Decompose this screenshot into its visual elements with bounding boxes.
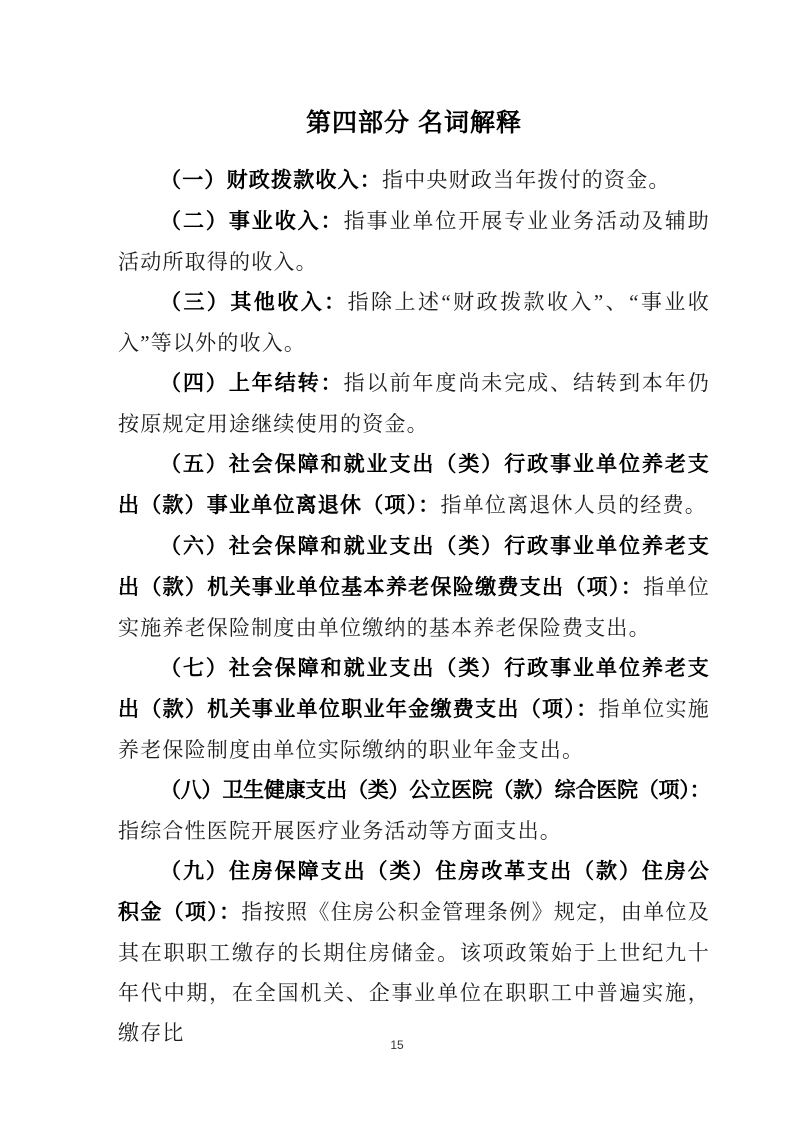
term-definition: 指中央财政当年拨付的资金。	[382, 168, 671, 192]
term-definition: 指综合性医院开展医疗业务活动等方面支出。	[118, 819, 562, 843]
definition-paragraph-2: （二）事业收入：指事业单位开展专业业务活动及辅助活动所取得的收入。	[118, 201, 710, 282]
term-label: （一）财政拨款收入：	[160, 169, 382, 192]
term-definition: 指单位离退休人员的经费。	[441, 493, 707, 517]
definition-paragraph-6: （六）社会保障和就业支出（类）行政事业单位养老支出（款）机关事业单位基本养老保险…	[118, 526, 710, 648]
definition-paragraph-1: （一）财政拨款收入：指中央财政当年拨付的资金。	[118, 160, 710, 201]
term-label: （四）上年结转：	[160, 372, 344, 395]
term-label: （八）卫生健康支出（类）公立医院（款）综合医院（项）：	[160, 779, 710, 802]
definition-paragraph-5: （五）社会保障和就业支出（类）行政事业单位养老支出（款）事业单位离退休（项）：指…	[118, 444, 710, 526]
definition-paragraph-7: （七）社会保障和就业支出（类）行政事业单位养老支出（款）机关事业单位职业年金缴费…	[118, 648, 710, 770]
document-page: 第四部分 名词解释 （一）财政拨款收入：指中央财政当年拨付的资金。 （二）事业收…	[0, 0, 794, 1123]
document-body: 第四部分 名词解释 （一）财政拨款收入：指中央财政当年拨付的资金。 （二）事业收…	[118, 104, 710, 1053]
term-label: （二）事业收入：	[160, 210, 344, 233]
term-label: （六）社会保障和就业支出（类）行政事业单位养老支出（款）机关事业单位基本养老保险…	[118, 535, 710, 599]
definition-paragraph-9: （九）住房保障支出（类）住房改革支出（款）住房公积金（项）：指按照《住房公积金管…	[118, 851, 710, 1053]
document-title: 第四部分 名词解释	[118, 104, 710, 142]
term-label: （三）其他收入：	[160, 291, 348, 314]
definition-paragraph-4: （四）上年结转：指以前年度尚未完成、结转到本年仍按原规定用途继续使用的资金。	[118, 363, 710, 444]
definition-paragraph-3: （三）其他收入：指除上述“财政拨款收入”、“事业收入”等以外的收入。	[118, 282, 710, 363]
definition-paragraph-8: （八）卫生健康支出（类）公立医院（款）综合医院（项）：指综合性医院开展医疗业务活…	[118, 770, 710, 851]
page-number: 15	[0, 1038, 794, 1052]
